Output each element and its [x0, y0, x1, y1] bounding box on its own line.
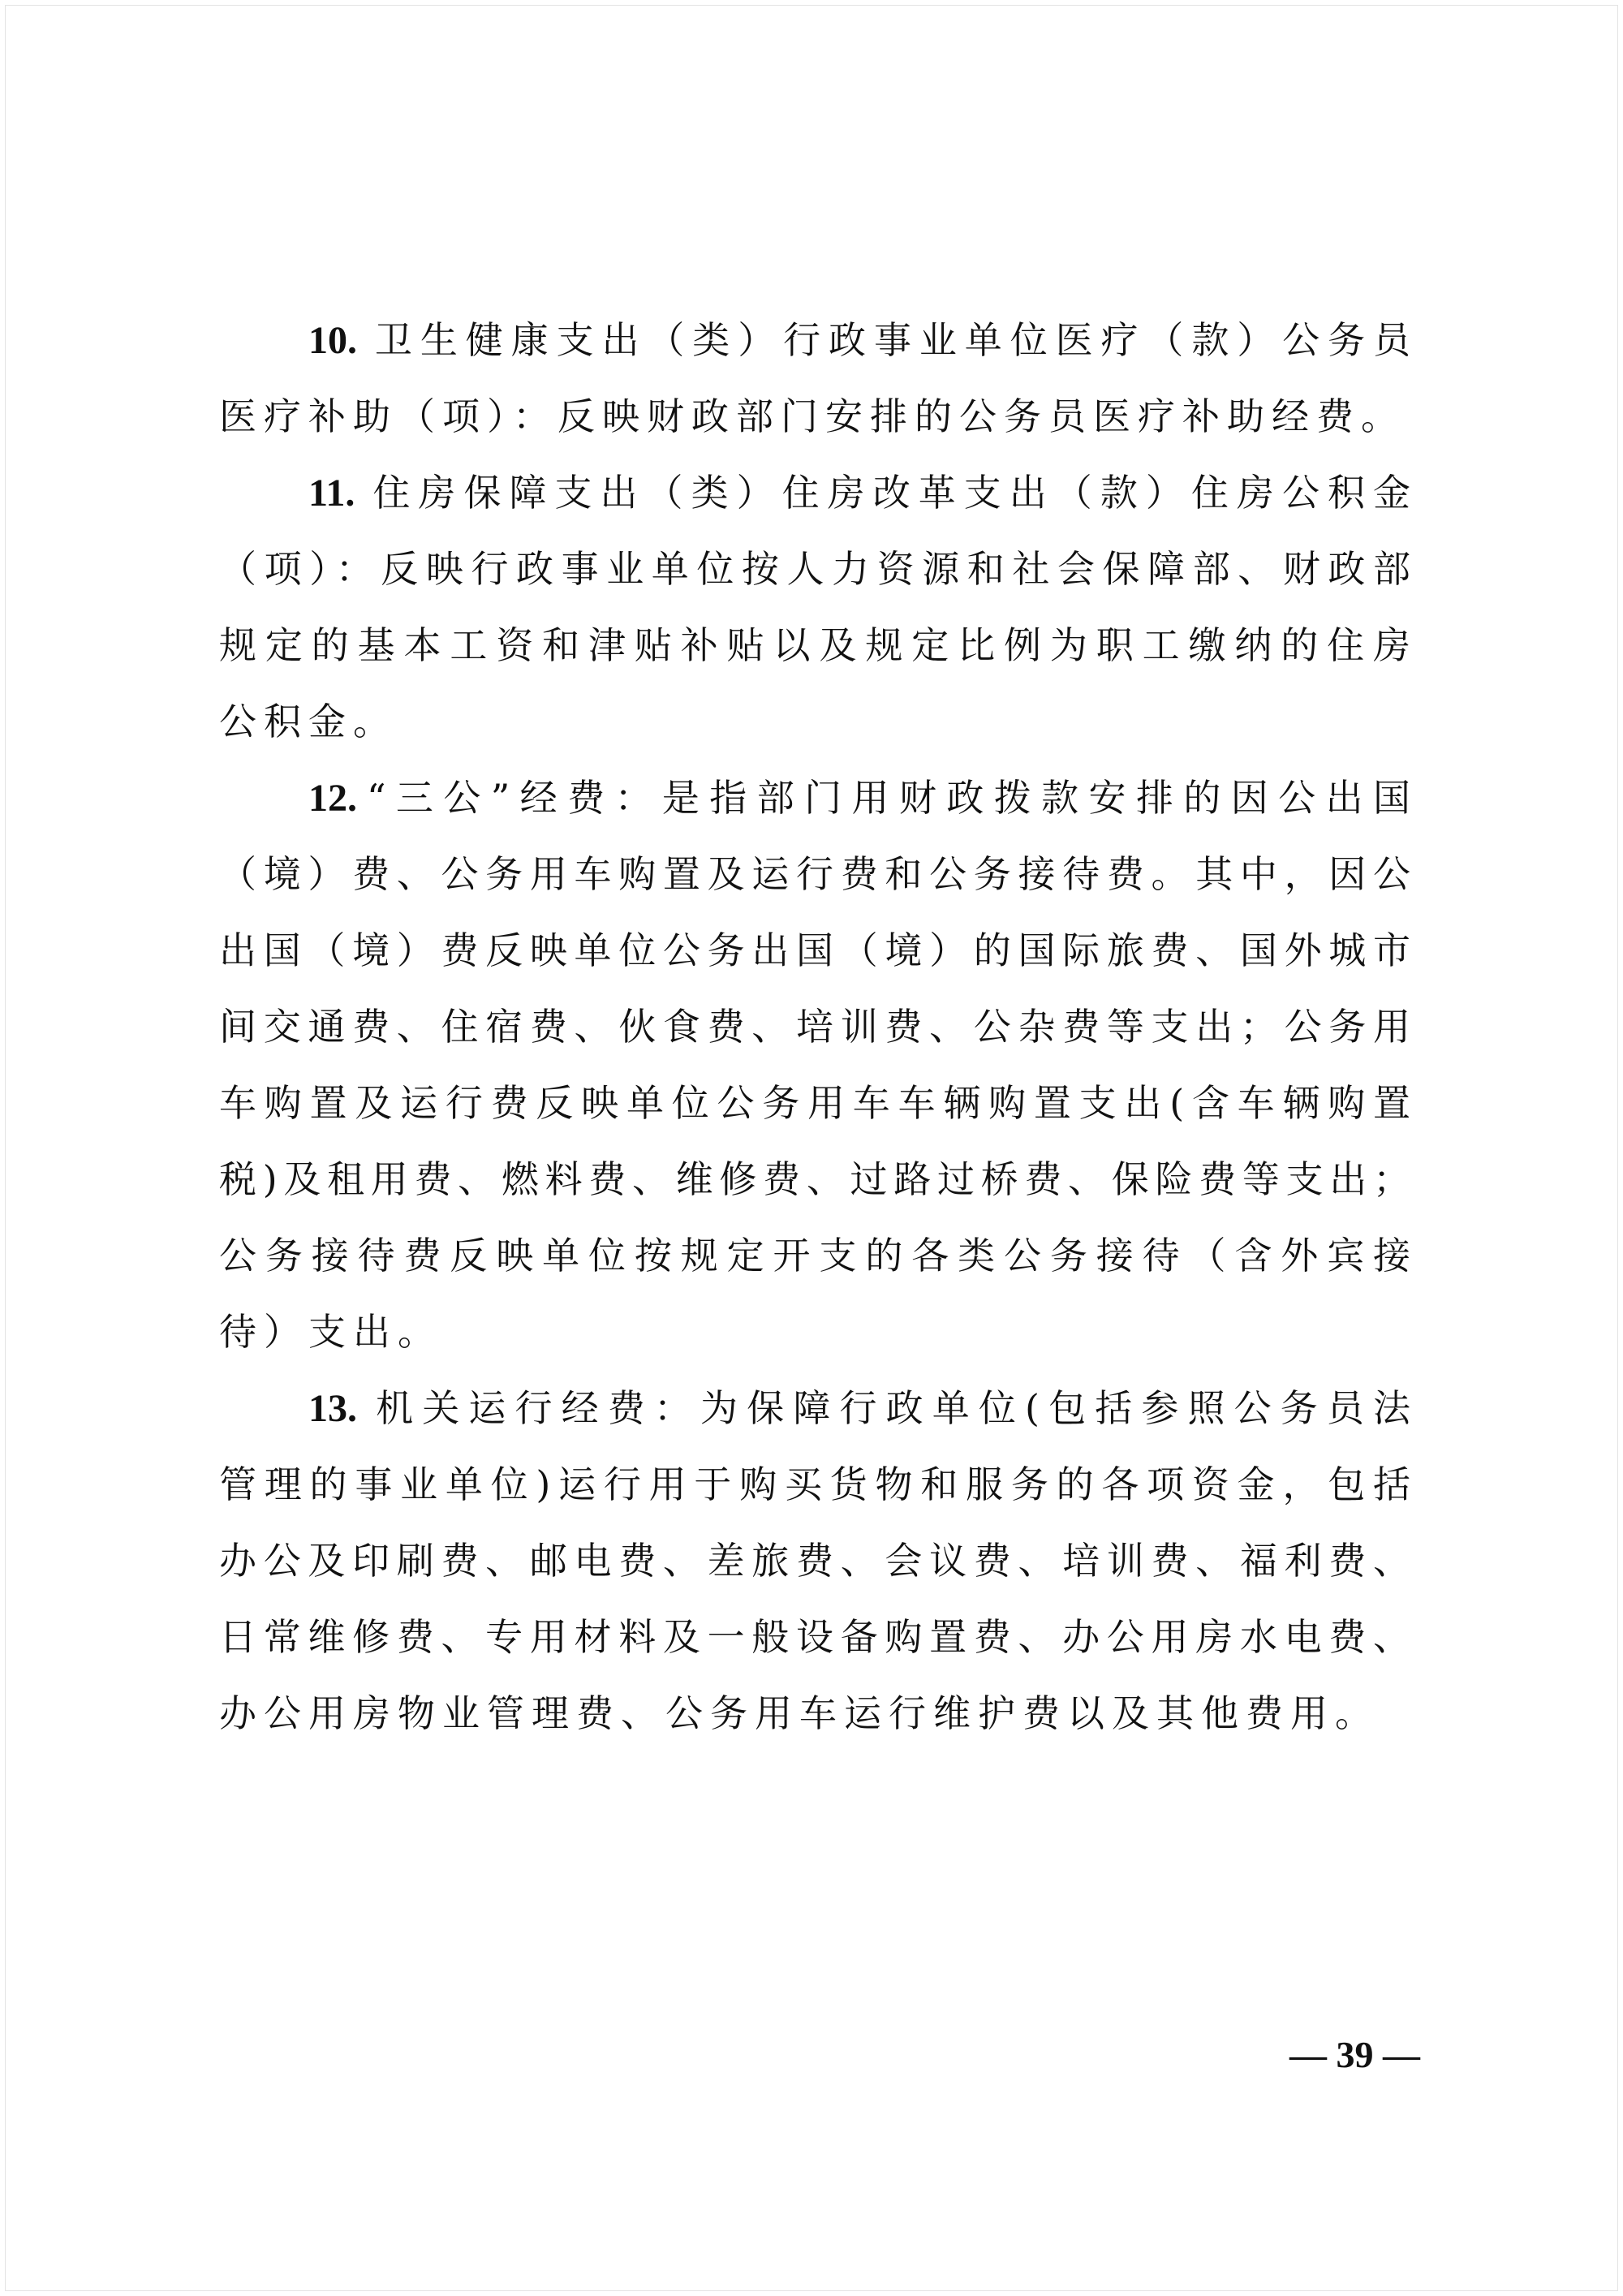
- paragraph-line: 日常维修费、专用材料及一般设备购置费、办公用房水电费、: [219, 1599, 1410, 1675]
- paragraph-line: 税)及租用费、燃料费、维修费、过路过桥费、保险费等支出；: [219, 1141, 1410, 1217]
- paragraph-line: 间交通费、住宿费、伙食费、培训费、公杂费等支出；公务用: [219, 989, 1410, 1065]
- paragraph-line: 10.卫生健康支出（类）行政事业单位医疗（款）公务员: [219, 302, 1410, 378]
- paragraph-line: 公积金。: [219, 683, 1410, 760]
- item-number: 11.: [308, 472, 355, 515]
- line-text: 卫生健康支出（类）行政事业单位医疗（款）公务员: [367, 318, 1410, 362]
- paragraph-line: 待）支出。: [219, 1294, 1410, 1370]
- paragraph-12: 12.“三公”经费：是指部门用财政拨款安排的因公出国 （境）费、公务用车购置及运…: [219, 760, 1410, 1370]
- paragraph-line: 12.“三公”经费：是指部门用财政拨款安排的因公出国: [219, 760, 1410, 836]
- paragraph-10: 10.卫生健康支出（类）行政事业单位医疗（款）公务员 医疗补助（项）：反映财政部…: [219, 302, 1410, 454]
- item-number: 12.: [308, 777, 357, 820]
- line-text: 机关运行经费：为保障行政单位(包括参照公务员法: [367, 1386, 1410, 1430]
- paragraph-13: 13.机关运行经费：为保障行政单位(包括参照公务员法 管理的事业单位)运行用于购…: [219, 1370, 1410, 1751]
- paragraph-line: 办公及印刷费、邮电费、差旅费、会议费、培训费、福利费、: [219, 1523, 1410, 1599]
- paragraph-line: 办公用房物业管理费、公务用车运行维护费以及其他费用。: [219, 1675, 1410, 1751]
- line-text: 住房保障支出（类）住房改革支出（款）住房公积金: [364, 471, 1410, 515]
- document-body: 10.卫生健康支出（类）行政事业单位医疗（款）公务员 医疗补助（项）：反映财政部…: [219, 302, 1410, 1751]
- paragraph-line: （境）费、公务用车购置及运行费和公务接待费。其中，因公: [219, 836, 1410, 912]
- paragraph-line: 11.住房保障支出（类）住房改革支出（款）住房公积金: [219, 454, 1410, 531]
- paragraph-line: 公务接待费反映单位按规定开支的各类公务接待（含外宾接: [219, 1217, 1410, 1294]
- paragraph-line: 13.机关运行经费：为保障行政单位(包括参照公务员法: [219, 1370, 1410, 1446]
- paragraph-11: 11.住房保障支出（类）住房改革支出（款）住房公积金 （项）：反映行政事业单位按…: [219, 454, 1410, 760]
- item-number: 10.: [308, 319, 357, 362]
- paragraph-line: 医疗补助（项）：反映财政部门安排的公务员医疗补助经费。: [219, 378, 1410, 454]
- paragraph-line: （项）：反映行政事业单位按人力资源和社会保障部、财政部: [219, 531, 1410, 607]
- line-text: “三公”经费：是指部门用财政拨款安排的因公出国: [367, 776, 1410, 820]
- paragraph-line: 规定的基本工资和津贴补贴以及规定比例为职工缴纳的住房: [219, 607, 1410, 683]
- page-number: — 39 —: [1266, 2033, 1420, 2076]
- paragraph-line: 车购置及运行费反映单位公务用车车辆购置支出(含车辆购置: [219, 1065, 1410, 1141]
- paragraph-line: 管理的事业单位)运行用于购买货物和服务的各项资金，包括: [219, 1446, 1410, 1523]
- item-number: 13.: [308, 1387, 357, 1430]
- paragraph-line: 出国（境）费反映单位公务出国（境）的国际旅费、国外城市: [219, 912, 1410, 989]
